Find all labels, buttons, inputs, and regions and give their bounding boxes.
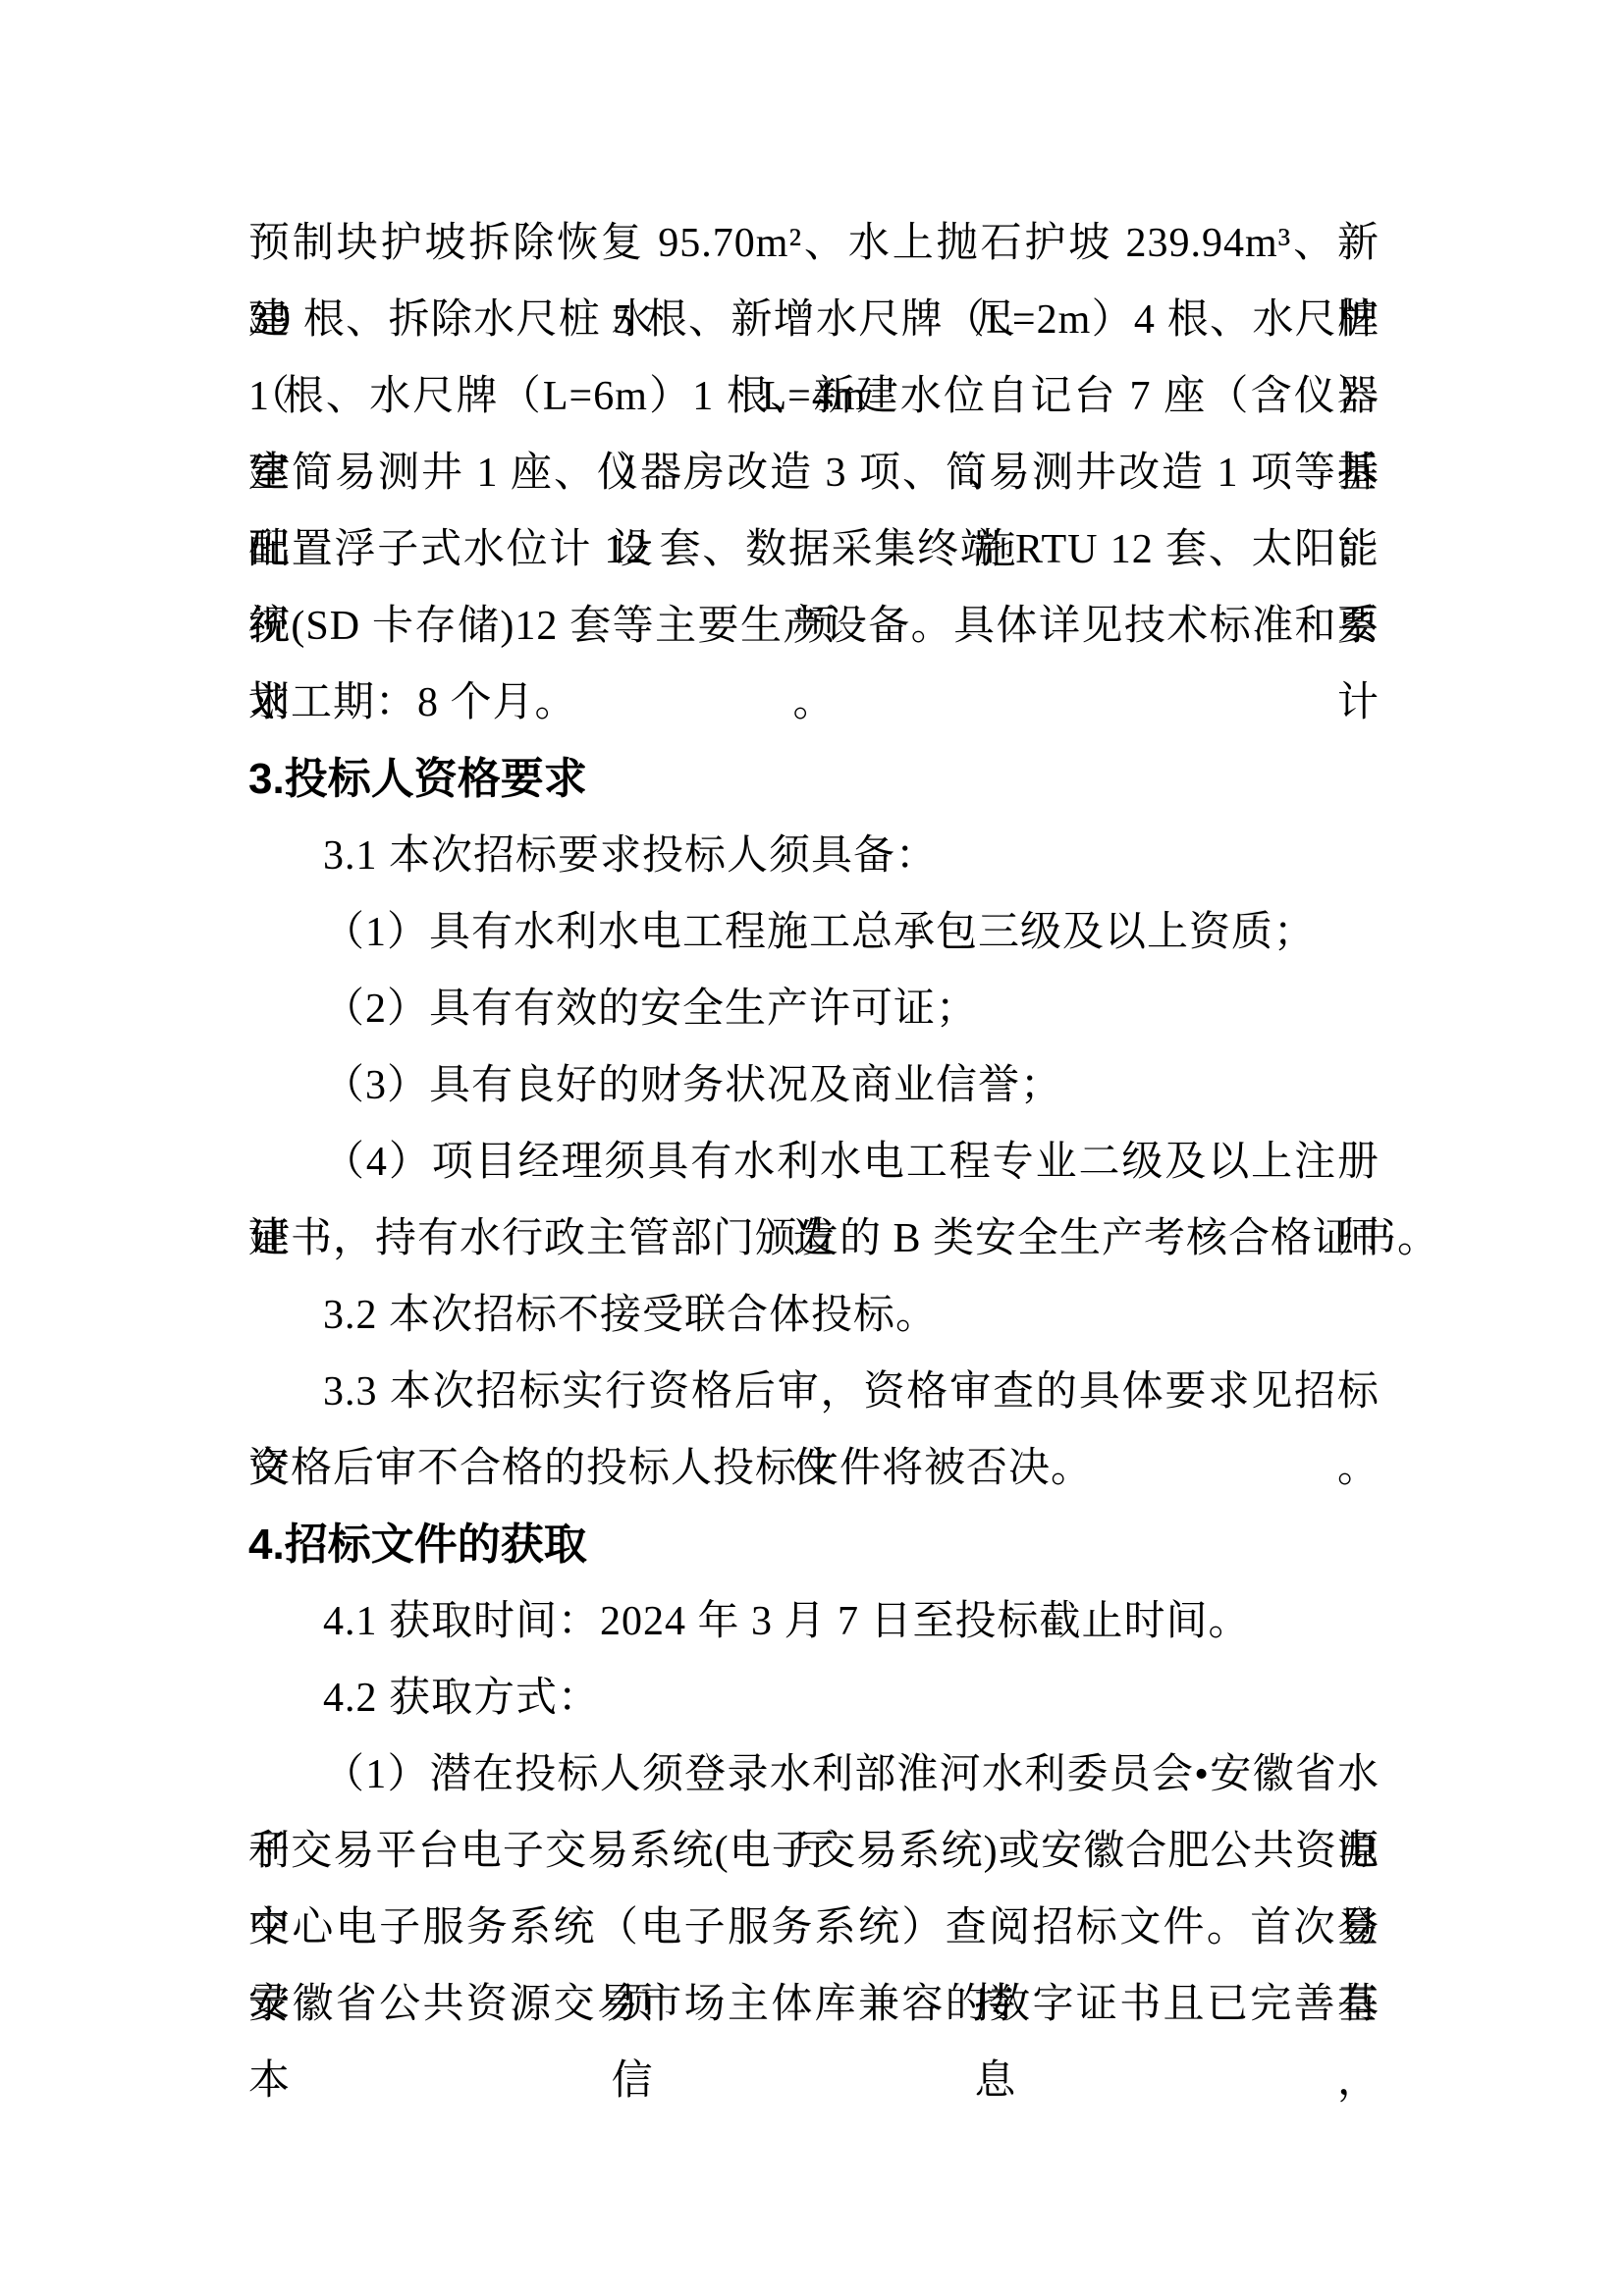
- document-line: 中心电子服务系统（电子服务系统）查阅招标文件。首次登录须持有: [248, 1890, 1380, 1966]
- document-line: （3）具有良好的财务状况及商业信誉；: [248, 1047, 1380, 1124]
- document-line: 4.1 获取时间：2024 年 3 月 7 日至投标截止时间。: [248, 1583, 1380, 1660]
- document-line: （4）项目经理须具有水利水电工程专业二级及以上注册建造师: [248, 1124, 1380, 1201]
- section-heading: 3.投标人资格要求: [248, 741, 1380, 818]
- document-line: 39 根、拆除水尺桩 5 根、新增水尺牌（L=2m）4 根、水尺牌（L=4m）: [248, 282, 1380, 358]
- document-line: 3.2 本次招标不接受联合体投标。: [248, 1277, 1380, 1354]
- document-line: 配置浮子式水位计 12 套、数据采集终端 RTU 12 套、太阳能视频系: [248, 511, 1380, 588]
- document-line: 安徽省公共资源交易市场主体库兼容的数字证书且已完善基本信息，: [248, 1966, 1380, 2043]
- document-page: 预制块护坡拆除恢复 95.70m²、水上抛石护坡 239.94m³、新建水尺桩3…: [0, 0, 1624, 2296]
- document-line: 1 根、水尺牌（L=6m）1 根、新建水位自记台 7 座（含仪器室）、拆: [248, 358, 1380, 435]
- document-line: （2）具有有效的安全生产许可证；: [248, 971, 1380, 1047]
- document-line: 预制块护坡拆除恢复 95.70m²、水上抛石护坡 239.94m³、新建水尺桩: [248, 205, 1380, 282]
- section-heading: 4.招标文件的获取: [248, 1507, 1380, 1583]
- document-line: 证书，持有水行政主管部门颁发的 B 类安全生产考核合格证书。: [248, 1201, 1380, 1277]
- document-line: 统(SD 卡存储)12 套等主要生产设备。具体详见技术标准和要求。计: [248, 588, 1380, 665]
- document-line: （1）具有水利水电工程施工总承包三级及以上资质；: [248, 894, 1380, 971]
- text-column: 预制块护坡拆除恢复 95.70m²、水上抛石护坡 239.94m³、新建水尺桩3…: [248, 205, 1380, 2043]
- document-line: 子交易平台电子交易系统(电子交易系统)或安徽合肥公共资源交易: [248, 1813, 1380, 1890]
- document-line: 建简易测井 1 座、仪器房改造 3 项、简易测井改造 1 项等基础设施；: [248, 435, 1380, 511]
- document-line: 3.3 本次招标实行资格后审，资格审查的具体要求见招标文件。: [248, 1354, 1380, 1430]
- document-line: （1）潜在投标人须登录水利部淮河水利委员会•安徽省水利厅电: [248, 1736, 1380, 1813]
- document-line: 3.1 本次招标要求投标人须具备：: [248, 818, 1380, 894]
- document-line: 4.2 获取方式：: [248, 1660, 1380, 1736]
